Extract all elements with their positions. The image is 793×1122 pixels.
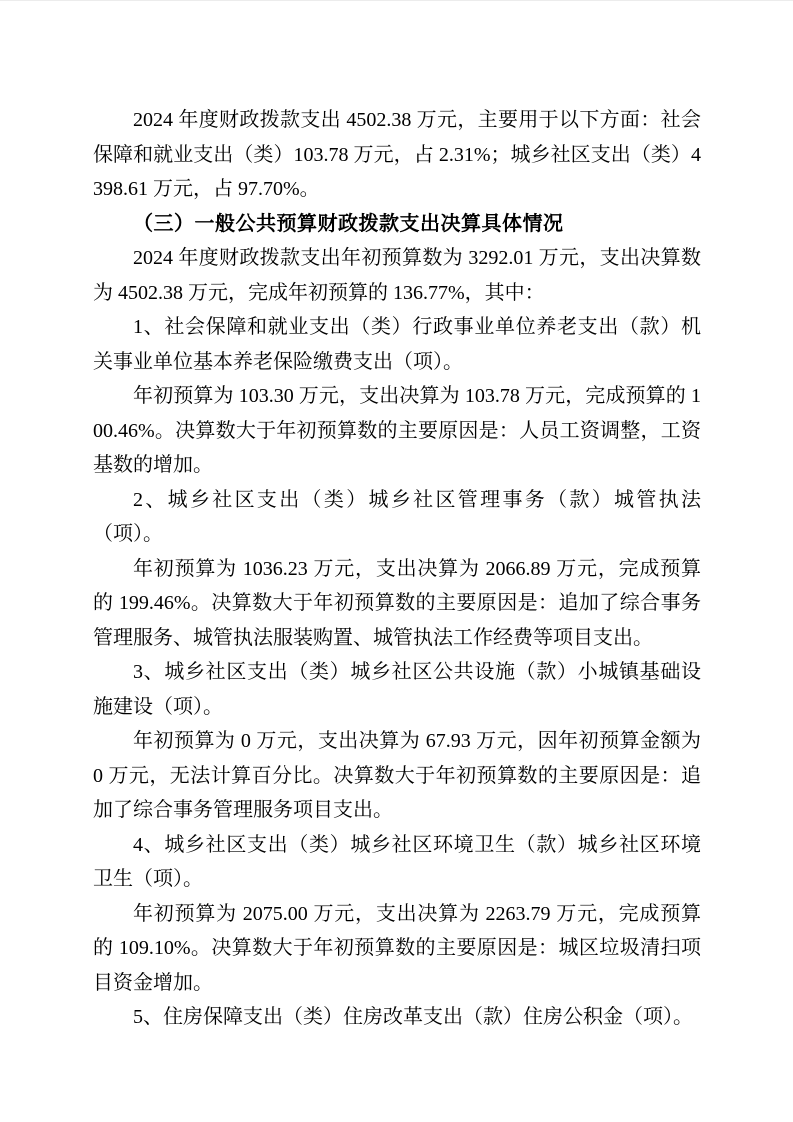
expense-item-3-title: 3、城乡社区支出（类）城乡社区公共设施（款）小城镇基础设施建设（项）。 [93, 655, 701, 724]
section-3-heading: （三）一般公共预算财政拨款支出决算具体情况 [93, 207, 701, 242]
expense-item-4-detail: 年初预算为 2075.00 万元，支出决算为 2263.79 万元，完成预算的 … [93, 897, 701, 1001]
document-page: 2024 年度财政拨款支出 4502.38 万元，主要用于以下方面：社会保障和就… [0, 0, 793, 1122]
expense-item-4-title: 4、城乡社区支出（类）城乡社区环境卫生（款）城乡社区环境卫生（项）。 [93, 828, 701, 897]
expense-item-3-detail: 年初预算为 0 万元，支出决算为 67.93 万元，因年初预算金额为 0 万元，… [93, 724, 701, 828]
expense-item-5-title: 5、住房保障支出（类）住房改革支出（款）住房公积金（项）。 [93, 1000, 701, 1035]
expense-item-1-title: 1、社会保障和就业支出（类）行政事业单位养老支出（款）机关事业单位基本养老保险缴… [93, 310, 701, 379]
expense-item-1-detail: 年初预算为 103.30 万元，支出决算为 103.78 万元，完成预算的 10… [93, 379, 701, 483]
budget-summary-paragraph: 2024 年度财政拨款支出年初预算数为 3292.01 万元，支出决算数为 45… [93, 241, 701, 310]
expense-item-2-detail: 年初预算为 1036.23 万元，支出决算为 2066.89 万元，完成预算的 … [93, 552, 701, 656]
expense-item-2-title: 2、城乡社区支出（类）城乡社区管理事务（款）城管执法（项）。 [93, 483, 701, 552]
intro-paragraph: 2024 年度财政拨款支出 4502.38 万元，主要用于以下方面：社会保障和就… [93, 103, 701, 207]
